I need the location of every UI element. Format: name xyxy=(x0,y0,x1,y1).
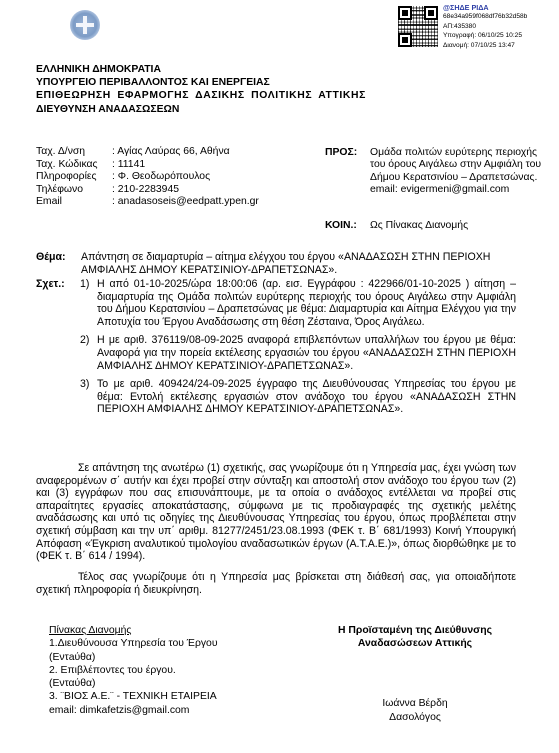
recipient-line: Ομάδα πολιτών ευρύτερης περιοχής xyxy=(370,147,559,159)
reference-item: 2) Η με αριθ. 376119/08-09-2025 αναφορά … xyxy=(80,334,516,372)
distribution-line: (Εντaύθα) xyxy=(49,651,218,664)
header-line: ΕΛΛΗΝΙΚΗ ΔΗΜΟΚΡΑΤΙΑ xyxy=(36,63,366,76)
signer-title-line: Αναδασώσεων Αττικής xyxy=(330,637,500,650)
distribution-title: Πίνακας Διανομής xyxy=(49,624,218,637)
contact-value: : 210-2283945 xyxy=(112,184,179,197)
reference-number: 2) xyxy=(80,334,97,372)
references-list: 1) Η από 01-10-2025/ώρα 18:00:06 (αρ. ει… xyxy=(80,278,516,422)
contact-label: Email xyxy=(36,196,112,209)
header-line: ΕΠΙΘΕΩΡΗΣΗ ΕΦΑΡΜΟΓΗΣ ΔΑΣΙΚΗΣ ΠΟΛΙΤΙΚΗΣ Α… xyxy=(36,89,366,102)
contact-label: Τηλέφωνο xyxy=(36,184,112,197)
contact-value: : anadasoseis@eedpatt.ypen.gr xyxy=(112,196,259,209)
distribution-line: 1.Διευθύνουσα Υπηρεσία του Έργου xyxy=(49,637,218,650)
contact-row: Πληροφορίες: Φ. Θεοδωρόπουλος xyxy=(36,171,259,184)
contact-label: Ταχ. Κώδικας xyxy=(36,159,112,172)
contact-label: Πληροφορίες xyxy=(36,171,112,184)
references-label: Σχετ.: xyxy=(36,278,65,290)
contact-value: : Αγίας Λαύρας 66, Αθήνα xyxy=(112,146,230,159)
header-line: ΔΙΕΥΘΥΝΣΗ ΑΝΑΔΑΣΩΣΕΩΝ xyxy=(36,103,366,116)
distribution-line: (Ενταύθα) xyxy=(49,677,218,690)
stamp-title: @ΣΗΔΕ ΡΙΔΑ xyxy=(443,3,527,12)
digital-signature-stamp: @ΣΗΔΕ ΡΙΔΑ 68e34a959f068df76b32d58b ΑΠ:4… xyxy=(443,3,527,50)
cc-value: Ως Πίνακας Διανομής xyxy=(370,220,468,231)
distribution-line: 2. Επιβλέποντες του έργου. xyxy=(49,664,218,677)
stamp-protocol-number: ΑΠ:435380 xyxy=(443,22,527,31)
subject-label: Θέμα: xyxy=(36,251,66,263)
reference-item: 1) Η από 01-10-2025/ώρα 18:00:06 (αρ. ει… xyxy=(80,278,516,328)
qr-code-icon xyxy=(398,6,438,47)
recipient-line: του όρους Αιγάλεω στην Αμφιάλη του xyxy=(370,159,559,171)
reference-item: 3) Το με αριθ. 409424/24-09-2025 έγγραφο… xyxy=(80,378,516,416)
stamp-distributed-date: Διανομή: 07/10/25 13:47 xyxy=(443,41,527,50)
contact-row: Email: anadasoseis@eedpatt.ypen.gr xyxy=(36,196,259,209)
contact-row: Ταχ. Κώδικας: 11141 xyxy=(36,159,259,172)
stamp-hash: 68e34a959f068df76b32d58b xyxy=(443,12,527,21)
signer-title-line: Η Προϊσταμένη της Διεύθυνσης xyxy=(330,624,500,637)
reference-text: Η με αριθ. 376119/08-09-2025 αναφορά επι… xyxy=(97,334,516,372)
distribution-email: email: dimkafetzis@gmail.com xyxy=(49,704,218,717)
signer-title: Η Προϊσταμένη της Διεύθυνσης Αναδασώσεων… xyxy=(330,624,500,650)
contact-value: : Φ. Θεοδωρόπουλος xyxy=(112,171,210,184)
contact-value: : 11141 xyxy=(112,159,145,172)
header-line: ΥΠΟΥΡΓΕΙΟ ΠΕΡΙΒΑΛΛΟΝΤΟΣ ΚΑΙ ΕΝΕΡΓΕΙΑΣ xyxy=(36,76,366,89)
signer-name-block: Ιωάννα Βέρδη Δασολόγος xyxy=(330,697,500,725)
body-paragraph: Σε απάντηση της ανωτέρω (1) σχετικής, σα… xyxy=(36,462,516,563)
reference-number: 1) xyxy=(80,278,97,328)
signer-name: Ιωάννα Βέρδη xyxy=(330,697,500,711)
contact-label: Ταχ. Δ/νση xyxy=(36,146,112,159)
reference-number: 3) xyxy=(80,378,97,416)
cc-label: ΚΟΙΝ.: xyxy=(325,220,357,231)
reference-text: Η από 01-10-2025/ώρα 18:00:06 (αρ. εισ. … xyxy=(97,278,516,328)
recipient-label: ΠΡΟΣ: xyxy=(325,147,357,158)
contact-info: Ταχ. Δ/νση: Αγίας Λαύρας 66, Αθήνα Ταχ. … xyxy=(36,146,259,209)
recipient-line: Δήμου Κερατσινίου – Δραπετσώνας. xyxy=(370,172,559,184)
contact-row: Ταχ. Δ/νση: Αγίας Λαύρας 66, Αθήνα xyxy=(36,146,259,159)
issuing-authority-header: ΕΛΛΗΝΙΚΗ ΔΗΜΟΚΡΑΤΙΑ ΥΠΟΥΡΓΕΙΟ ΠΕΡΙΒΑΛΛΟΝ… xyxy=(36,63,366,116)
distribution-list: Πίνακας Διανομής 1.Διευθύνουσα Υπηρεσία … xyxy=(49,624,218,717)
recipient-email: email: evigermeni@gmail.com xyxy=(370,184,559,196)
body-paragraph: Τέλος σας γνωρίζουμε ότι η Υπηρεσία μας … xyxy=(36,571,516,596)
signer-role: Δασολόγος xyxy=(330,711,500,725)
stamp-signed-date: Υπογραφή: 06/10/25 10:25 xyxy=(443,31,527,40)
distribution-line: 3. ¨ΒΙΟΣ Α.Ε.¨ - ΤΕΧΝΙΚΗ ΕΤΑΙΡΕΙΑ xyxy=(49,690,218,703)
greek-state-emblem-icon xyxy=(70,10,100,40)
subject-text: Απάντηση σε διαμαρτυρία – αίτημα ελέγχου… xyxy=(81,251,521,276)
contact-row: Τηλέφωνο: 210-2283945 xyxy=(36,184,259,197)
reference-text: Το με αριθ. 409424/24-09-2025 έγγραφο τη… xyxy=(97,378,516,416)
